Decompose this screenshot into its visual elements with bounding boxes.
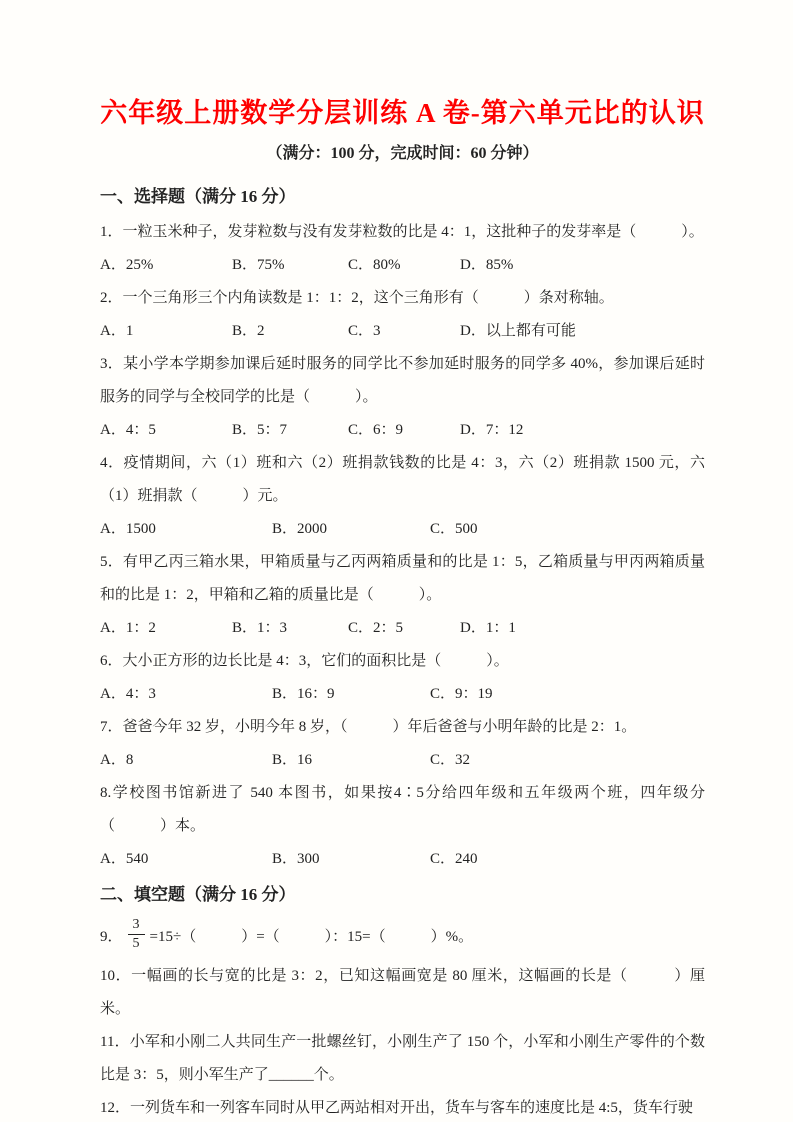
option-item: D．85% xyxy=(460,249,705,282)
sections-container: 一、选择题（满分 16 分）1．一粒玉米种子，发芽粒数与没有发芽粒数的比是 4：… xyxy=(100,182,705,1122)
question-text-rest: =15÷（ ）=（ ）：15=（ ）%。 xyxy=(150,929,474,945)
option-item: C．2：5 xyxy=(348,612,460,645)
option-item: B．2000 xyxy=(272,513,430,546)
question-text: 6．大小正方形的边长比是 4：3，它们的面积比是（ ）。 xyxy=(100,645,705,678)
option-item: C．80% xyxy=(348,249,460,282)
option-item: A．4：3 xyxy=(100,678,272,711)
options-row: A．1500B．2000C．500 xyxy=(100,513,705,546)
fraction-denominator: 5 xyxy=(128,935,145,952)
option-item: D．以上都有可能 xyxy=(460,315,705,348)
question-text: 5．有甲乙丙三箱水果，甲箱质量与乙丙两箱质量和的比是 1：5，乙箱质量与甲丙两箱… xyxy=(100,546,705,612)
option-item: A．8 xyxy=(100,744,272,777)
options-row: A．25%B．75%C．80%D．85% xyxy=(100,249,705,282)
question-text: 12．一列货车和一列客车同时从甲乙两站相对开出，货车与客车的速度比是 4:5，货… xyxy=(100,1092,705,1122)
options-row: A．540B．300C．240 xyxy=(100,843,705,876)
option-item: B．300 xyxy=(272,843,430,876)
question-text: 7．爸爸今年 32 岁，小明今年 8 岁，（ ）年后爸爸与小明年龄的比是 2：1… xyxy=(100,711,705,744)
option-item: B．1：3 xyxy=(232,612,348,645)
option-item: D．7：12 xyxy=(460,414,705,447)
option-item: A．1 xyxy=(100,315,232,348)
option-item: A．4：5 xyxy=(100,414,232,447)
option-item: C．32 xyxy=(430,744,705,777)
question-text: 11．小军和小刚二人共同生产一批螺丝钉，小刚生产了 150 个，小军和小刚生产零… xyxy=(100,1026,705,1092)
page-subtitle: （满分：100 分，完成时间：60 分钟） xyxy=(100,142,705,166)
option-item: B．75% xyxy=(232,249,348,282)
section-heading: 二、填空题（满分 16 分） xyxy=(100,880,705,910)
question-text: 3．某小学本学期参加课后延时服务的同学比不参加延时服务的同学多 40%，参加课后… xyxy=(100,348,705,414)
option-item: A．25% xyxy=(100,249,232,282)
options-row: A．4：5B．5：7C．6：9D．7：12 xyxy=(100,414,705,447)
option-item: A．1500 xyxy=(100,513,272,546)
worksheet-page: 六年级上册数学分层训练 A 卷-第六单元比的认识 （满分：100 分，完成时间：… xyxy=(0,0,793,1122)
question-text: 4．疫情期间，六（1）班和六（2）班捐款钱数的比是 4：3，六（2）班捐款 15… xyxy=(100,447,705,513)
question-text: 8.学校图书馆新进了 540 本图书，如果按4∶5分给四年级和五年级两个班，四年… xyxy=(100,777,705,843)
question-text: 9．35=15÷（ ）=（ ）：15=（ ）%。 xyxy=(100,914,705,960)
option-item: B．16：9 xyxy=(272,678,430,711)
question-text: 1．一粒玉米种子，发芽粒数与没有发芽粒数的比是 4：1，这批种子的发芽率是（ ）… xyxy=(100,216,705,249)
question-number: 9． xyxy=(100,929,123,945)
options-row: A．4：3B．16：9C．9：19 xyxy=(100,678,705,711)
fraction: 35 xyxy=(128,917,145,952)
page-title: 六年级上册数学分层训练 A 卷-第六单元比的认识 xyxy=(100,96,705,130)
section-heading: 一、选择题（满分 16 分） xyxy=(100,182,705,212)
option-item: B．5：7 xyxy=(232,414,348,447)
option-item: B．16 xyxy=(272,744,430,777)
options-row: A．1B．2C．3D．以上都有可能 xyxy=(100,315,705,348)
fraction-numerator: 3 xyxy=(128,917,145,935)
option-item: A．1：2 xyxy=(100,612,232,645)
option-item: C．9：19 xyxy=(430,678,705,711)
option-item: B．2 xyxy=(232,315,348,348)
option-item: C．500 xyxy=(430,513,705,546)
question-text: 2．一个三角形三个内角读数是 1：1：2，这个三角形有（ ）条对称轴。 xyxy=(100,282,705,315)
option-item: C．6：9 xyxy=(348,414,460,447)
options-row: A．1：2B．1：3C．2：5D．1：1 xyxy=(100,612,705,645)
option-item: A．540 xyxy=(100,843,272,876)
question-text: 10．一幅画的长与宽的比是 3：2，已知这幅画宽是 80 厘米，这幅画的长是（ … xyxy=(100,960,705,1026)
options-row: A．8B．16C．32 xyxy=(100,744,705,777)
option-item: C．3 xyxy=(348,315,460,348)
option-item: C．240 xyxy=(430,843,705,876)
option-item: D．1：1 xyxy=(460,612,705,645)
